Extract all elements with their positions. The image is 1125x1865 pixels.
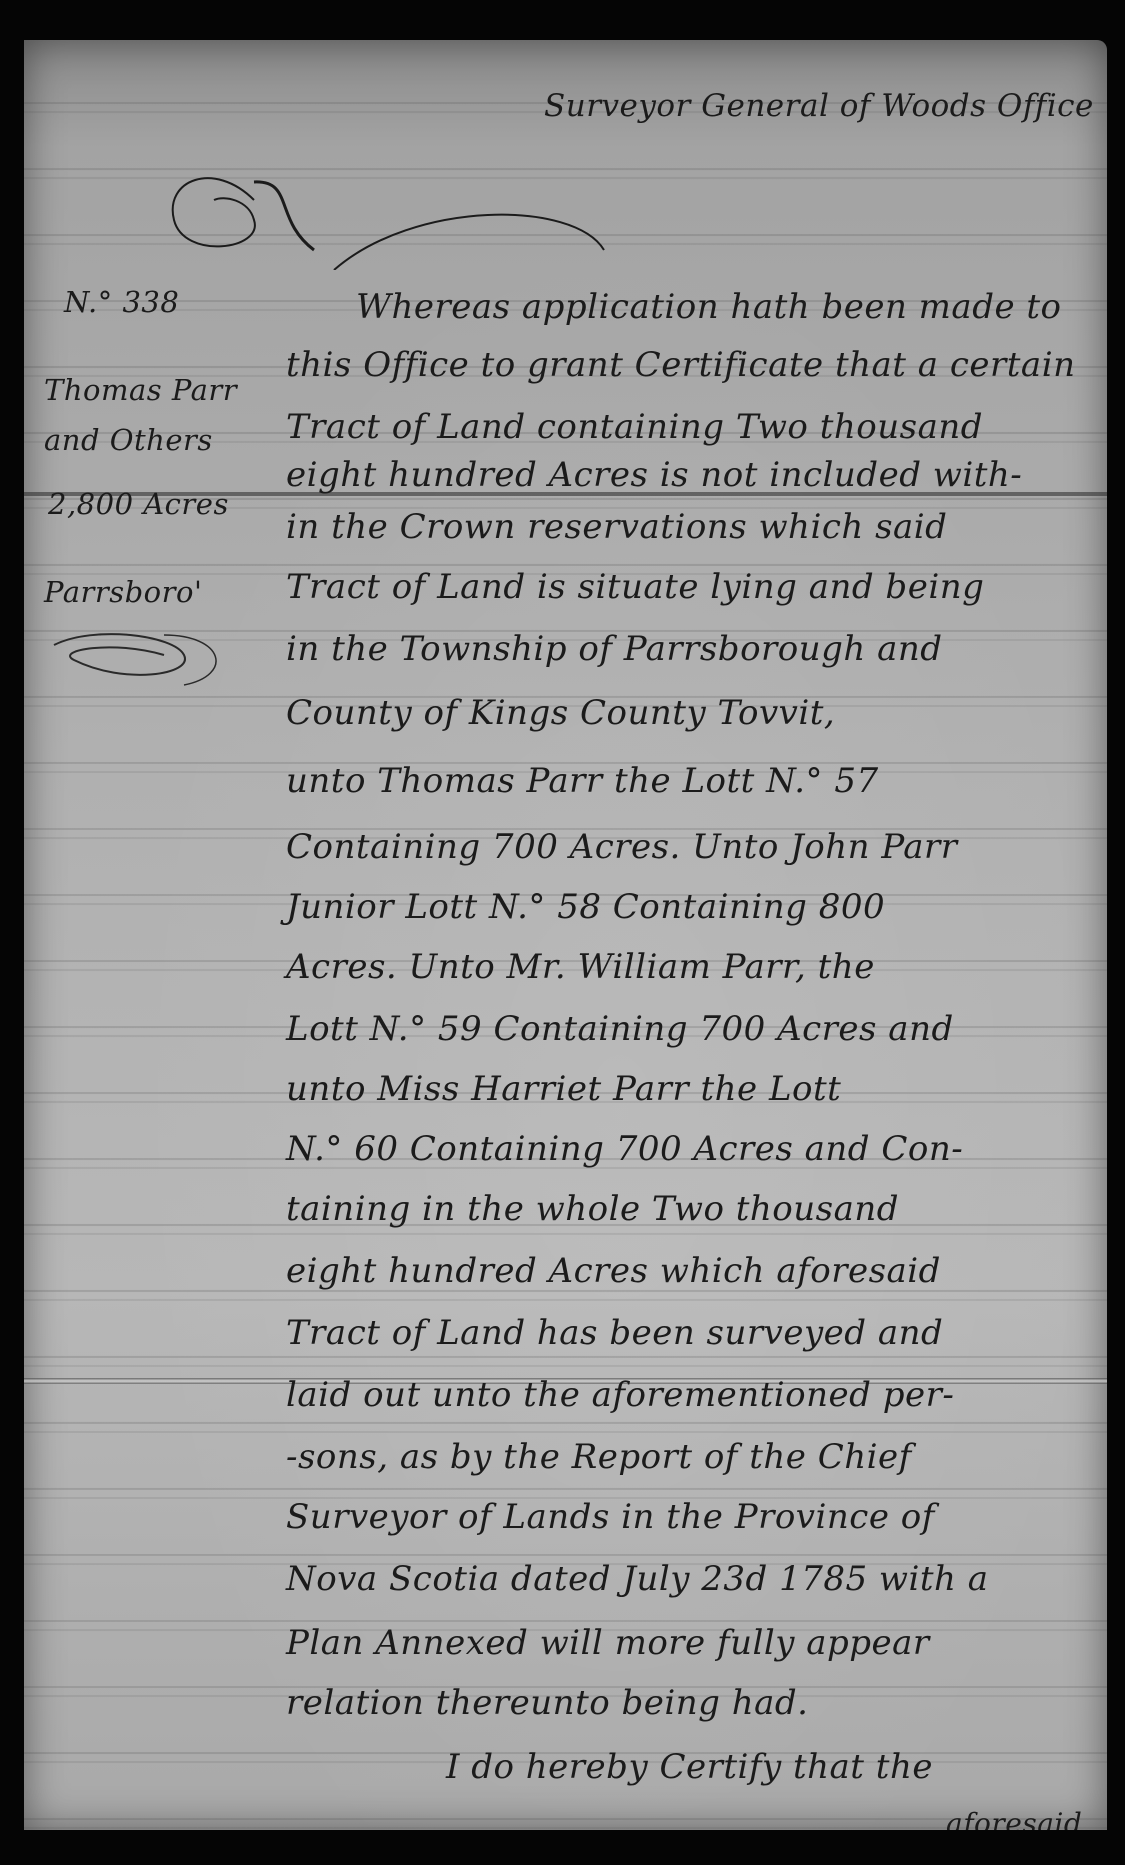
flourish-ornament-icon xyxy=(154,140,634,270)
place-note: Parrsboro' xyxy=(44,575,202,609)
body-line: County of Kings County Tovvit, xyxy=(286,696,835,730)
body-line: Tract of Land containing Two thousand xyxy=(286,410,983,444)
body-line: Whereas application hath been made to xyxy=(356,290,1062,324)
body-line: Nova Scotia dated July 23d 1785 with a xyxy=(286,1562,989,1596)
body-line: relation thereunto being had. xyxy=(286,1686,809,1720)
body-line: Tract of Land is situate lying and being xyxy=(286,570,984,604)
body-line: Surveyor of Lands in the Province of xyxy=(286,1500,935,1534)
body-line: laid out unto the aforementioned per- xyxy=(286,1378,954,1412)
body-line: Plan Annexed will more fully appear xyxy=(286,1626,930,1660)
body-line: eight hundred Acres which aforesaid xyxy=(286,1254,941,1288)
office-header: Surveyor General of Woods Office xyxy=(544,88,1094,124)
body-line: Acres. Unto Mr. William Parr, the xyxy=(286,950,875,984)
grantee-name: Thomas Parr xyxy=(44,373,237,407)
body-line: unto Thomas Parr the Lott N.° 57 xyxy=(286,764,879,798)
body-line: unto Miss Harriet Parr the Lott xyxy=(286,1072,841,1106)
catchword: aforesaid xyxy=(946,1810,1082,1830)
margin-flourish-icon xyxy=(34,615,254,695)
grantee-suffix: and Others xyxy=(44,423,213,457)
body-line: Lott N.° 59 Containing 700 Acres and xyxy=(286,1012,954,1046)
body-line: I do hereby Certify that the xyxy=(446,1750,933,1784)
body-line: in the Crown reservations which said xyxy=(286,510,947,544)
body-line: this Office to grant Certificate that a … xyxy=(286,348,1075,382)
body-line: eight hundred Acres is not included with… xyxy=(286,458,1022,492)
body-line: Containing 700 Acres. Unto John Parr xyxy=(286,830,958,864)
body-line: Junior Lott N.° 58 Containing 800 xyxy=(286,890,885,924)
body-line: Tract of Land has been surveyed and xyxy=(286,1316,943,1350)
body-line: -sons, as by the Report of the Chief xyxy=(286,1440,912,1474)
document-page: Surveyor General of Woods Office N.° 338… xyxy=(24,40,1107,1830)
body-line: taining in the whole Two thousand xyxy=(286,1192,899,1226)
record-number: N.° 338 xyxy=(64,285,179,319)
scan-frame: Surveyor General of Woods Office N.° 338… xyxy=(0,0,1125,1865)
acreage-note: 2,800 Acres xyxy=(48,487,229,521)
body-line: in the Township of Parrsborough and xyxy=(286,632,943,666)
body-line: N.° 60 Containing 700 Acres and Con- xyxy=(286,1132,963,1166)
